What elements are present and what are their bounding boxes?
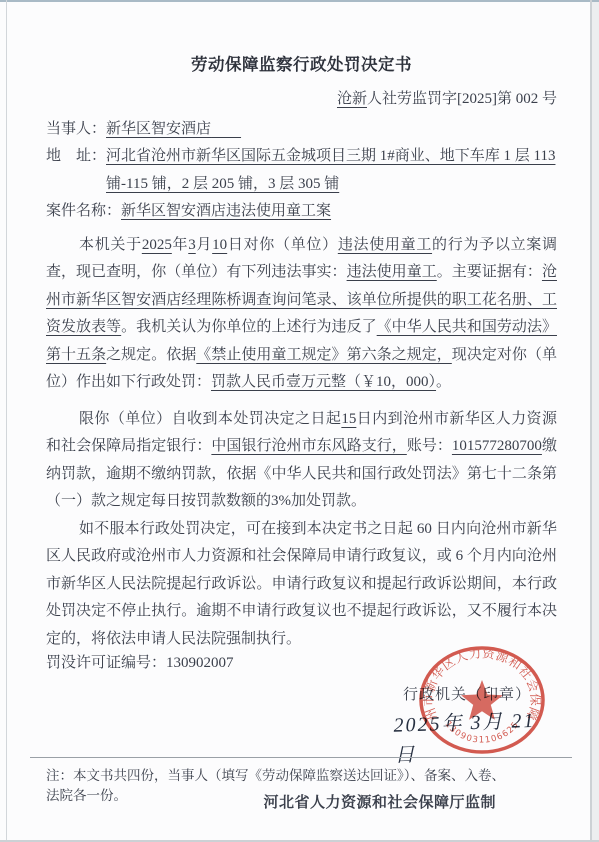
paragraph-payment: 限你（单位）自收到本处罚决定之日起15日内到沧州市新华区人力资源和社会保障局指定… [46,406,557,516]
issuer-line: 河北省人力资源和社会保障厅监制 [263,790,496,818]
field-address-value: 河北省沧州市新华区国际五金城项目三期 1#商业、地下车库 1 层 113铺-11… [106,143,557,198]
field-case-name: 案件名称： 新华区智安酒店违法使用童工案 [46,198,557,226]
field-case-name-label: 案件名称： [46,198,121,226]
paragraph-appeal: 如不服本行政处罚决定，可在接到本决定书之日起 60 日内向沧州市新华区人民政府或… [46,516,557,654]
seal-code-text: 1309031106625 [443,720,522,746]
paragraphs: 本机关于2025年3月10日对你（单位）违法使用童工的行为予以立案调查，现已查明… [46,232,557,654]
scan-edge-top [0,0,599,2]
document-body: 劳动保障监察行政处罚决定书 沧新人社劳监罚字[2025]第 002 号 当事人：… [0,0,599,653]
field-address-label: 地 址： [46,143,106,198]
official-red-seal-stamp: 沧州市新华区人力资源和社会保障局 1309031106625 [400,636,565,766]
paragraph-findings: 本机关于2025年3月10日对你（单位）违法使用童工的行为予以立案调查，现已查明… [46,232,557,397]
field-case-name-value: 新华区智安酒店违法使用童工案 [121,198,331,226]
scan-edge-right [590,0,592,842]
field-party-label: 当事人： [46,116,106,144]
scan-edge-right-band [592,0,599,842]
field-party: 当事人： 新华区智安酒店 [46,116,557,144]
seal-star-icon [461,680,503,720]
svg-text:1309031106625: 1309031106625 [443,720,522,746]
scanned-penalty-decision-page: 劳动保障监察行政处罚决定书 沧新人社劳监罚字[2025]第 002 号 当事人：… [0,0,599,842]
permit-number-value: 130902007 [166,655,234,671]
document-number: 沧新人社劳监罚字[2025]第 002 号 [46,86,557,114]
field-party-value: 新华区智安酒店 [106,116,241,144]
footer-divider [30,757,572,758]
document-title: 劳动保障监察行政处罚决定书 [46,52,557,78]
permit-number-label: 罚没许可证编号： [46,655,166,671]
scan-edge-left [6,0,7,842]
permit-number-line: 罚没许可证编号：130902007 [46,650,234,678]
field-address: 地 址： 河北省沧州市新华区国际五金城项目三期 1#商业、地下车库 1 层 11… [46,143,557,198]
